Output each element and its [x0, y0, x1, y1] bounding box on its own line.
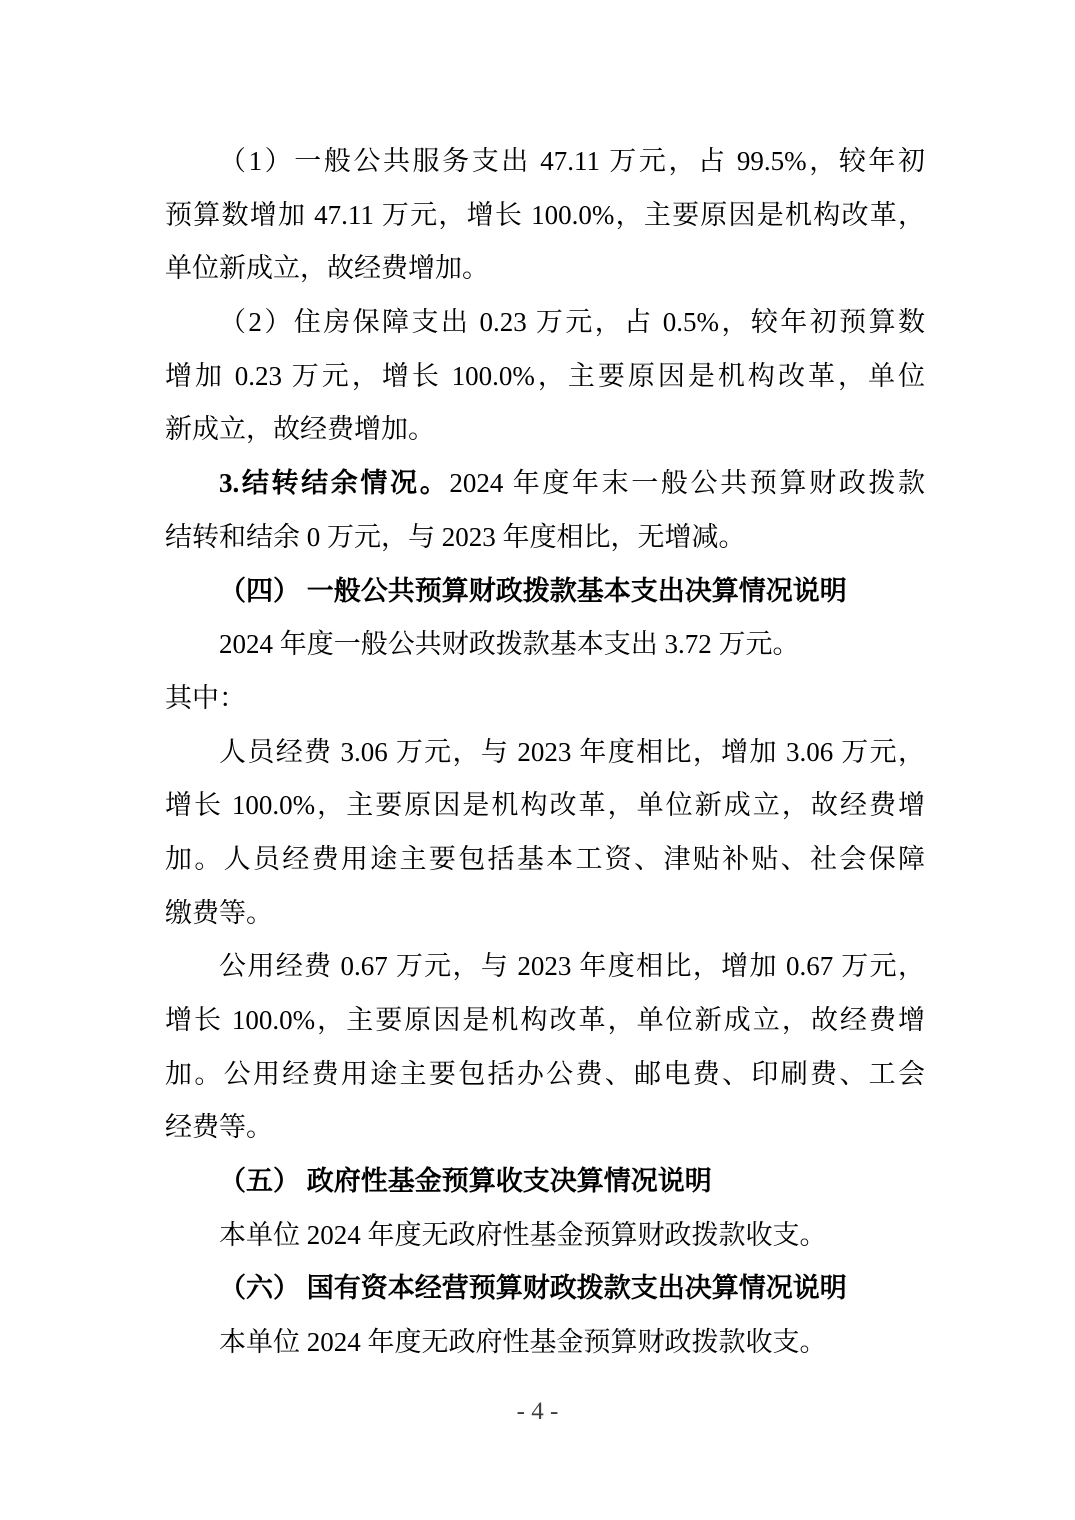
text: 预算数增加 47.11 万元，增长 100.0%，主要原因是机构改革， [165, 200, 925, 230]
bold-text: （四） 一般公共预算财政拨款基本支出决算情况说明 [219, 576, 847, 606]
text-line: （1）一般公共服务支出 47.11 万元，占 99.5%，较年初 [165, 135, 925, 189]
page-footer: - 4 - [0, 1398, 1075, 1426]
bold-text: （六） 国有资本经营预算财政拨款支出决算情况说明 [219, 1273, 847, 1303]
text-line: 人员经费 3.06 万元，与 2023 年度相比，增加 3.06 万元， [165, 726, 925, 780]
text-line: 增长 100.0%，主要原因是机构改革，单位新成立，故经费增 [165, 994, 925, 1048]
section-heading: （五） 政府性基金预算收支决算情况说明 [165, 1155, 925, 1209]
text: 加。公用经费用途主要包括办公费、邮电费、印刷费、工会 [165, 1059, 925, 1089]
text: 2024 年度年末一般公共预算财政拨款 [449, 468, 925, 498]
text-line: 单位新成立，故经费增加。 [165, 242, 925, 296]
text-line: （2）住房保障支出 0.23 万元，占 0.5%，较年初预算数 [165, 296, 925, 350]
text: 增加 0.23 万元，增长 100.0%，主要原因是机构改革，单位 [165, 361, 925, 391]
text-line: 加。公用经费用途主要包括办公费、邮电费、印刷费、工会 [165, 1048, 925, 1102]
text-line: 增长 100.0%，主要原因是机构改革，单位新成立，故经费增 [165, 779, 925, 833]
text-line: 其中： [165, 672, 925, 726]
text: 2024 年度一般公共财政拨款基本支出 3.72 万元。 [219, 629, 800, 659]
text-line: 结转和结余 0 万元，与 2023 年度相比，无增减。 [165, 511, 925, 565]
text: 增长 100.0%，主要原因是机构改革，单位新成立，故经费增 [165, 1005, 925, 1035]
text: 公用经费 0.67 万元，与 2023 年度相比，增加 0.67 万元， [219, 951, 925, 981]
text-line: 加。人员经费用途主要包括基本工资、津贴补贴、社会保障 [165, 833, 925, 887]
text-line: 公用经费 0.67 万元，与 2023 年度相比，增加 0.67 万元， [165, 940, 925, 994]
text-line: 缴费等。 [165, 887, 925, 941]
section-heading: （四） 一般公共预算财政拨款基本支出决算情况说明 [165, 565, 925, 619]
text: 加。人员经费用途主要包括基本工资、津贴补贴、社会保障 [165, 844, 925, 874]
text: 经费等。 [165, 1112, 273, 1142]
text: 新成立，故经费增加。 [165, 414, 435, 444]
text: 本单位 2024 年度无政府性基金预算财政拨款收支。 [219, 1327, 827, 1357]
text-line: 新成立，故经费增加。 [165, 403, 925, 457]
page-number: - 4 - [517, 1398, 559, 1425]
text: 缴费等。 [165, 898, 273, 928]
bold-text: （五） 政府性基金预算收支决算情况说明 [219, 1166, 712, 1196]
text-line: 2024 年度一般公共财政拨款基本支出 3.72 万元。 [165, 618, 925, 672]
text: 本单位 2024 年度无政府性基金预算财政拨款收支。 [219, 1220, 827, 1250]
text: （1）一般公共服务支出 47.11 万元，占 99.5%，较年初 [219, 146, 925, 176]
section-heading: （六） 国有资本经营预算财政拨款支出决算情况说明 [165, 1262, 925, 1316]
text: 单位新成立，故经费增加。 [165, 253, 489, 283]
document-body: （1）一般公共服务支出 47.11 万元，占 99.5%，较年初预算数增加 47… [165, 135, 925, 1370]
text: 其中： [165, 683, 246, 713]
text-line: 预算数增加 47.11 万元，增长 100.0%，主要原因是机构改革， [165, 189, 925, 243]
text: 增长 100.0%，主要原因是机构改革，单位新成立，故经费增 [165, 790, 925, 820]
text-line: 增加 0.23 万元，增长 100.0%，主要原因是机构改革，单位 [165, 350, 925, 404]
document-page: （1）一般公共服务支出 47.11 万元，占 99.5%，较年初预算数增加 47… [0, 0, 1075, 1520]
text: 结转和结余 0 万元，与 2023 年度相比，无增减。 [165, 522, 746, 552]
text-line: 本单位 2024 年度无政府性基金预算财政拨款收支。 [165, 1316, 925, 1370]
bold-text: 3.结转结余情况。 [219, 468, 449, 498]
text-line: 3.结转结余情况。2024 年度年末一般公共预算财政拨款 [165, 457, 925, 511]
text: 人员经费 3.06 万元，与 2023 年度相比，增加 3.06 万元， [219, 737, 925, 767]
text-line: 本单位 2024 年度无政府性基金预算财政拨款收支。 [165, 1209, 925, 1263]
text: （2）住房保障支出 0.23 万元，占 0.5%，较年初预算数 [219, 307, 925, 337]
text-line: 经费等。 [165, 1101, 925, 1155]
